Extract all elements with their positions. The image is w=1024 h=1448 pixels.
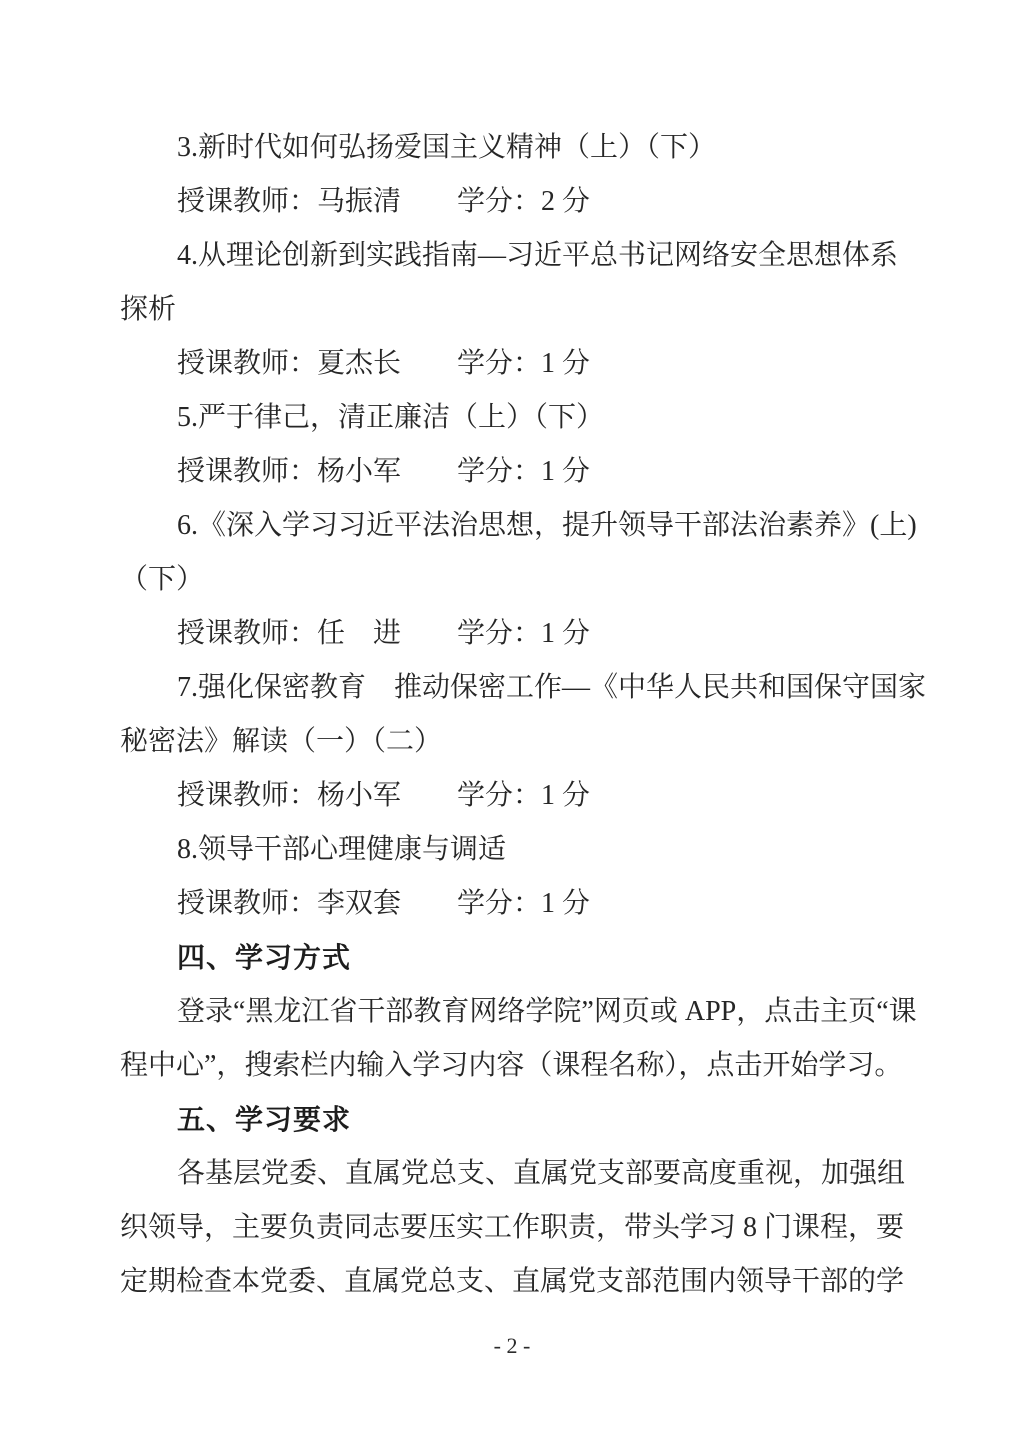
text-line: 秘密法》解读（一）（二）: [120, 715, 906, 769]
text-line: 8.领导干部心理健康与调适: [120, 823, 906, 877]
text-line: （下）: [120, 553, 906, 607]
text-line: 程中心”，搜索栏内输入学习内容（课程名称），点击开始学习。: [120, 1039, 906, 1093]
text-line: 3.新时代如何弘扬爱国主义精神（上）（下）: [120, 121, 906, 175]
text-line: 7.强化保密教育 推动保密工作—《中华人民共和国保守国家: [120, 661, 906, 715]
page-number: - 2 -: [0, 1332, 1024, 1360]
text-line: 各基层党委、直属党总支、直属党支部要高度重视，加强组: [120, 1147, 906, 1201]
text-line: 授课教师：李双套 学分：1 分: [120, 877, 906, 931]
document-page: 3.新时代如何弘扬爱国主义精神（上）（下）授课教师：马振清 学分：2 分4.从理…: [0, 0, 1024, 1448]
text-line: 定期检查本党委、直属党总支、直属党支部范围内领导干部的学: [120, 1255, 906, 1309]
text-line: 授课教师：杨小军 学分：1 分: [120, 445, 906, 499]
text-line: 五、学习要求: [120, 1093, 906, 1147]
text-line: 登录“黑龙江省干部教育网络学院”网页或 APP，点击主页“课: [120, 985, 906, 1039]
text-line: 授课教师：任 进 学分：1 分: [120, 607, 906, 661]
text-line: 授课教师：杨小军 学分：1 分: [120, 769, 906, 823]
text-line: 6.《深入学习习近平法治思想，提升领导干部法治素养》(上): [120, 499, 906, 553]
text-line: 探析: [120, 283, 906, 337]
text-line: 授课教师：夏杰长 学分：1 分: [120, 337, 906, 391]
text-line: 4.从理论创新到实践指南—习近平总书记网络安全思想体系: [120, 229, 906, 283]
text-line: 织领导，主要负责同志要压实工作职责，带头学习 8 门课程，要: [120, 1201, 906, 1255]
text-line: 四、学习方式: [120, 931, 906, 985]
text-line: 授课教师：马振清 学分：2 分: [120, 175, 906, 229]
text-line: 5.严于律己，清正廉洁（上）（下）: [120, 391, 906, 445]
document-body: 3.新时代如何弘扬爱国主义精神（上）（下）授课教师：马振清 学分：2 分4.从理…: [120, 121, 906, 1309]
